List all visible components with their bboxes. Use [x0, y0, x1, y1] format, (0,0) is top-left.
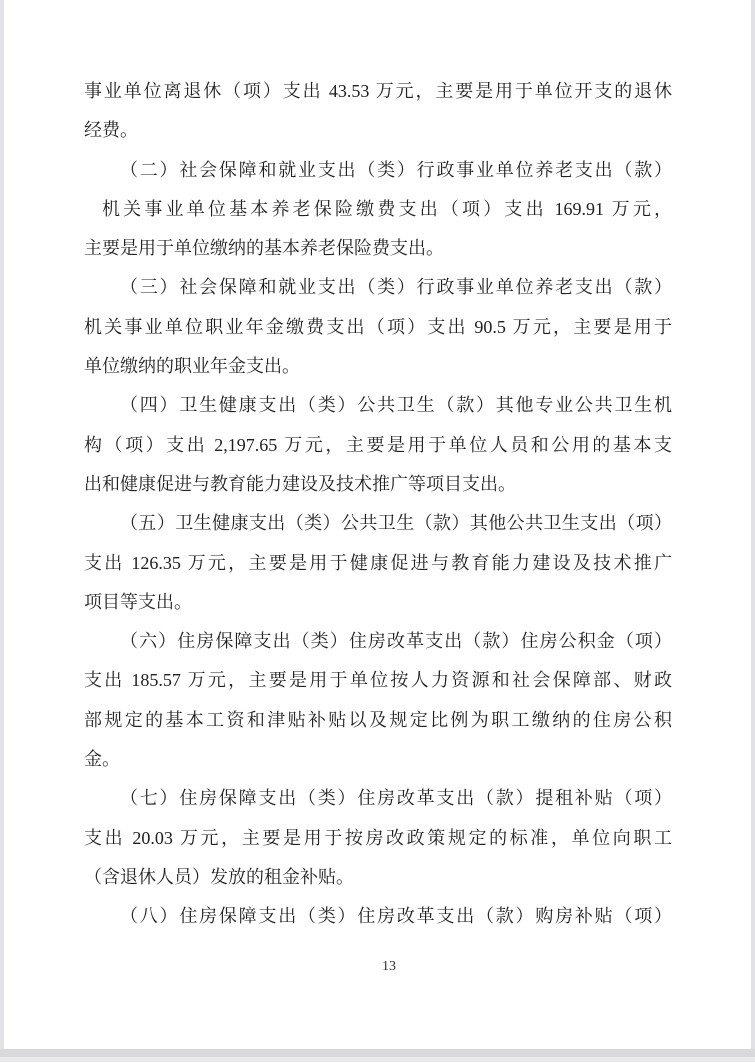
text-line: 项目等支出。 — [84, 583, 672, 622]
text-line: 机关事业单位基本养老保险缴费支出（项）支出 169.91 万元， — [84, 190, 672, 229]
next-page-edge — [0, 1057, 755, 1062]
text-line: （二）社会保障和就业支出（类）行政事业单位养老支出（款） — [84, 151, 672, 190]
text-line: 部规定的基本工资和津贴补贴以及规定比例为职工缴纳的住房公积 — [84, 701, 672, 740]
page-right-gutter — [751, 0, 755, 1049]
text-line: 事业单位离退休（项）支出 43.53 万元，主要是用于单位开支的退休 — [84, 72, 672, 111]
text-line: （三）社会保障和就业支出（类）行政事业单位养老支出（款） — [84, 268, 672, 307]
text-line: 支出 126.35 万元，主要是用于健康促进与教育能力建设及技术推广 — [84, 544, 672, 583]
text-block: 事业单位离退休（项）支出 43.53 万元，主要是用于单位开支的退休经费。（二）… — [84, 72, 672, 937]
text-line: 主要是用于单位缴纳的基本养老保险费支出。 — [84, 229, 672, 268]
page-gap — [0, 1049, 755, 1057]
text-line: 支出 20.03 万元，主要是用于按房改政策规定的标准，单位向职工 — [84, 819, 672, 858]
page-number: 13 — [382, 958, 396, 976]
text-line: 经费。 — [84, 111, 672, 150]
text-line: 支出 185.57 万元，主要是用于单位按人力资源和社会保障部、财政 — [84, 661, 672, 700]
text-line: （七）住房保障支出（类）住房改革支出（款）提租补贴（项） — [84, 779, 672, 818]
text-line: 出和健康促进与教育能力建设及技术推广等项目支出。 — [84, 465, 672, 504]
page-left-gutter — [0, 0, 4, 1049]
text-line: 机关事业单位职业年金缴费支出（项）支出 90.5 万元，主要是用于 — [84, 308, 672, 347]
text-line: 金。 — [84, 740, 672, 779]
text-line: 构（项）支出 2,197.65 万元，主要是用于单位人员和公用的基本支 — [84, 426, 672, 465]
text-line: （含退休人员）发放的租金补贴。 — [84, 858, 672, 897]
text-line: （八）住房保障支出（类）住房改革支出（款）购房补贴（项） — [84, 897, 672, 936]
text-line: （四）卫生健康支出（类）公共卫生（款）其他专业公共卫生机 — [84, 386, 672, 425]
text-line: 单位缴纳的职业年金支出。 — [84, 347, 672, 386]
text-line: （六）住房保障支出（类）住房改革支出（款）住房公积金（项） — [84, 622, 672, 661]
text-line: （五）卫生健康支出（类）公共卫生（款）其他公共卫生支出（项） — [84, 504, 672, 543]
